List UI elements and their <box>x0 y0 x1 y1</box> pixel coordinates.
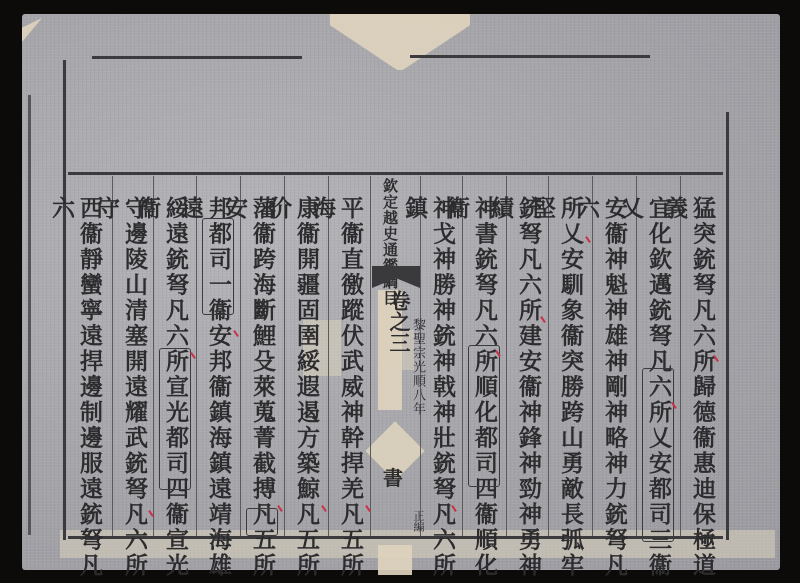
column-divider <box>462 176 463 536</box>
column-divider <box>112 176 113 536</box>
boxed-term-an-bang <box>202 218 234 315</box>
text-column-5: 銃弩凡六所建安衞神鋒神勁神勇神績 <box>514 196 542 583</box>
column-divider <box>153 176 154 536</box>
column-divider <box>506 176 507 536</box>
left-border <box>63 60 66 540</box>
top-rule <box>92 56 302 59</box>
upper-border <box>68 172 723 175</box>
top-rule-right <box>410 55 650 58</box>
text-column-3: 安衞神魁神雄神剛神略神力銃弩凡六 <box>600 196 628 583</box>
column-divider <box>284 176 285 536</box>
column-divider <box>328 176 329 536</box>
column-divider <box>636 176 637 536</box>
text-column-4: 所乂安馴象衞突勝跨山勇敵長弧牢堅 <box>556 196 584 583</box>
text-column-14: 西衞靜蠻寧遠捍邊制邊服遠銃弩凡六 <box>75 196 103 583</box>
outer-left-rule <box>28 95 31 535</box>
boxed-term-an <box>246 508 278 536</box>
section-label: 正編 <box>410 510 426 532</box>
boxed-term-tuyen-quang <box>159 348 191 490</box>
boxed-term-thuan-hoa <box>468 345 500 487</box>
column-divider <box>680 176 681 536</box>
text-column-1: 猛突銃弩凡六所歸德衞惠迪保極道義 <box>688 196 716 583</box>
column-divider <box>592 176 593 536</box>
right-border <box>726 112 729 540</box>
column-divider <box>548 176 549 536</box>
reign-note: 黎聖宗光順八年 <box>408 318 427 416</box>
text-column-7: 神戈神勝神銃神戟神壯銃弩凡六所鎮 <box>428 196 456 583</box>
text-column-8: 平衞直徼蹤伏武威神幹捍羌凡五所海 <box>336 196 364 583</box>
column-divider <box>370 176 371 536</box>
text-column-13: 守邊陵山清塞開遠耀武銃弩凡六所守 <box>120 196 148 583</box>
repair-patch-bottom-center <box>378 545 412 575</box>
boxed-term-nghe-an <box>642 368 674 542</box>
column-divider <box>196 176 197 536</box>
text-column-9: 康衞開疆固圉綏遐遏方築鯨凡五所价 <box>292 196 320 583</box>
column-divider <box>240 176 241 536</box>
folio-number: 書 <box>383 462 403 491</box>
book-title: 欽定越史通鑑綱目 <box>380 178 401 306</box>
